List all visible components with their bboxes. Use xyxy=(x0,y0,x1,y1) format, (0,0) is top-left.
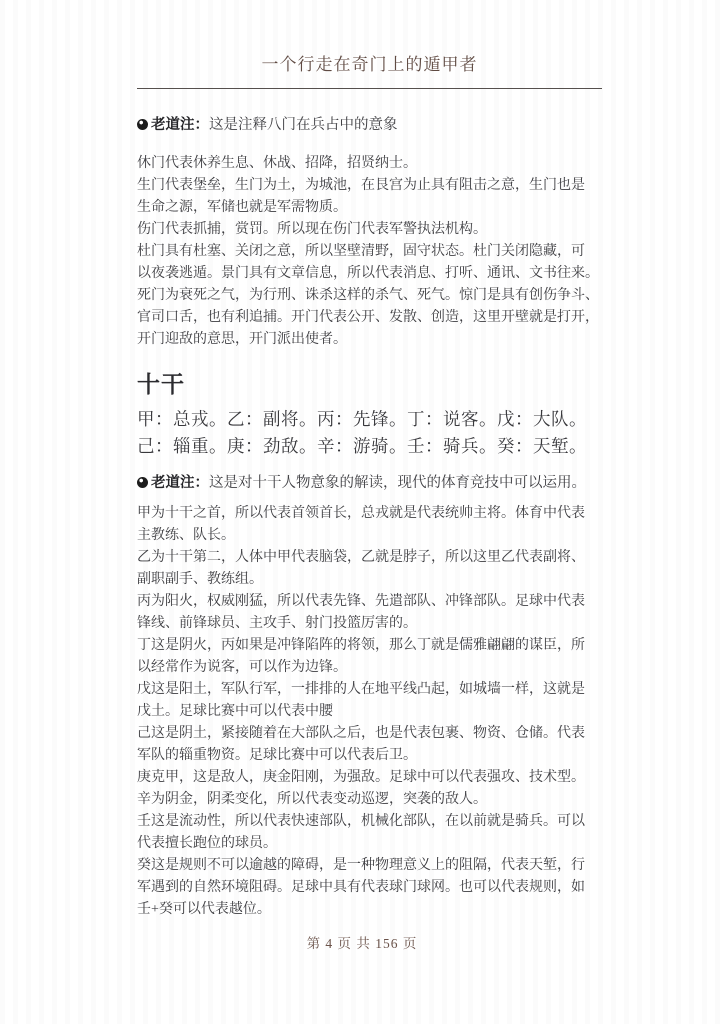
paragraph: 甲为十干之首，所以代表首领首长，总戎就是代表统帅主将。体育中代表 主教练、队长。 xyxy=(137,503,602,547)
paragraph: 生门代表堡垒，生门为土，为城池，在艮宫为止具有阻击之意，生门也是 生命之源，军储… xyxy=(137,175,602,219)
summary-line: 甲：总戎。乙：副将。丙：先锋。丁：说客。戊：大队。 xyxy=(137,406,602,433)
yin-yang-icon xyxy=(137,477,148,488)
paragraph: 庚克甲，这是敌人，庚金阳刚，为强敌。足球中可以代表强攻、技术型。 xyxy=(137,767,602,789)
summary-line: 己：辎重。庚：劲敌。辛：游骑。壬：骑兵。癸：天堑。 xyxy=(137,433,602,460)
paragraph: 乙为十干第二，人体中甲代表脑袋，乙就是脖子，所以这里乙代表副将、 副职副手、教练… xyxy=(137,547,602,591)
note-text: 这是注释八门在兵占中的意象 xyxy=(209,117,398,133)
note-label: 老道注： xyxy=(151,117,209,133)
eight-gates-paragraphs: 休门代表休养生息、休战、招降，招贤纳士。 生门代表堡垒，生门为土，为城池，在艮宫… xyxy=(137,153,602,351)
note-label: 老道注： xyxy=(151,475,209,491)
page-header-title: 一个行走在奇门上的遁甲者 xyxy=(137,50,602,75)
paragraph: 丁这是阴火，丙如果是冲锋陷阵的将领，那么丁就是儒雅翩翩的谋臣，所 以经常作为说客… xyxy=(137,635,602,679)
page-content: 一个行走在奇门上的遁甲者 老道注：这是注释八门在兵占中的意象 休门代表休养生息、… xyxy=(0,0,724,921)
paragraph: 丙为阳火，权威刚猛，所以代表先锋、先遣部队、冲锋部队。足球中代表 锋线、前锋球员… xyxy=(137,591,602,635)
paragraph: 休门代表休养生息、休战、招降，招贤纳士。 xyxy=(137,153,602,175)
paragraph: 伤门代表抓捕，赏罚。所以现在伤门代表军警执法机构。 xyxy=(137,219,602,241)
note-block-2: 老道注：这是对十干人物意象的解读，现代的体育竞技中可以运用。 xyxy=(137,473,602,494)
ten-stems-paragraphs: 甲为十干之首，所以代表首领首长，总戎就是代表统帅主将。体育中代表 主教练、队长。… xyxy=(137,503,602,921)
paragraph: 癸这是规则不可以逾越的障碍，是一种物理意义上的阻隔，代表天堑，行 军遇到的自然环… xyxy=(137,855,602,921)
paragraph: 壬这是流动性，所以代表快速部队，机械化部队，在以前就是骑兵。可以 代表擅长跑位的… xyxy=(137,811,602,855)
footer-page-number: 第 4 页 共 156 页 xyxy=(0,932,724,952)
paragraph: 辛为阴金，阴柔变化，所以代表变动巡逻，突袭的敌人。 xyxy=(137,789,602,811)
ten-stems-summary: 甲：总戎。乙：副将。丙：先锋。丁：说客。戊：大队。 己：辎重。庚：劲敌。辛：游骑… xyxy=(137,406,602,460)
section-heading-ten-stems: 十干 xyxy=(137,366,602,399)
note-text: 这是对十干人物意象的解读，现代的体育竞技中可以运用。 xyxy=(209,475,586,491)
paragraph: 死门为衰死之气，为行刑、诛杀这样的杀气、死气。惊门是具有创伤争斗、 官司口舌，也… xyxy=(137,285,602,351)
paragraph: 杜门具有杜塞、关闭之意，所以坚壁清野，固守状态。杜门关闭隐藏，可 以夜袭逃遁。景… xyxy=(137,241,602,285)
header-divider xyxy=(137,88,602,89)
note-block-1: 老道注：这是注释八门在兵占中的意象 xyxy=(137,115,602,136)
paragraph: 戊这是阳土，军队行军，一排排的人在地平线凸起，如城墙一样，这就是 戊土。足球比赛… xyxy=(137,679,602,723)
book-page: 一个行走在奇门上的遁甲者 老道注：这是注释八门在兵占中的意象 休门代表休养生息、… xyxy=(0,0,724,1024)
yin-yang-icon xyxy=(137,119,148,130)
paragraph: 己这是阴土，紧接随着在大部队之后，也是代表包裹、物资、仓储。代表 军队的辎重物资… xyxy=(137,723,602,767)
